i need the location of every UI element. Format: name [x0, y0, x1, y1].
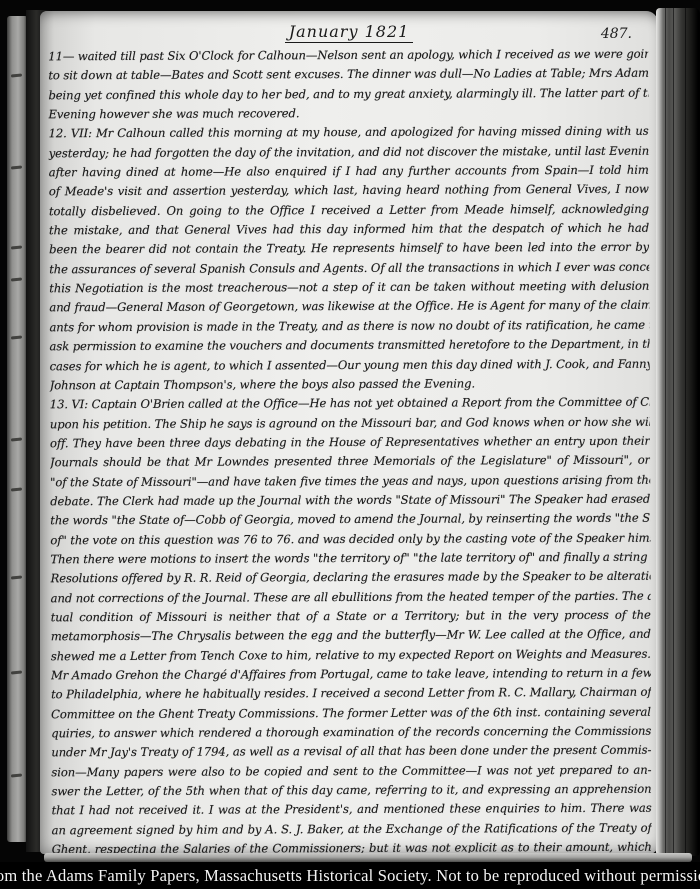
facing-page-text-fragment: [11, 335, 22, 339]
page-edge-line: [673, 8, 674, 856]
manuscript-line: 12. VII: Mr Calhoun called this morning …: [49, 122, 649, 144]
manuscript-line: of Meade's visit and assertion yesterday…: [49, 180, 649, 202]
page-header-date-text: January 1821: [285, 22, 414, 43]
manuscript-line: to Philadelphia, where he habitually res…: [51, 683, 651, 705]
facing-page-text-fragment: [11, 245, 22, 249]
manuscript-line: Journals should be that Mr Lowndes prese…: [50, 451, 650, 473]
manuscript-line: Mr Amado Grehon the Chargé d'Affaires fr…: [51, 664, 651, 686]
manuscript-line: sion—Many papers were also to be copied …: [51, 760, 651, 782]
manuscript-line: Resolutions offered by R. R. Reid of Geo…: [51, 567, 651, 589]
manuscript-line: upon his petition. The Ship he says is a…: [50, 412, 650, 434]
page-edge-line: [665, 8, 666, 856]
manuscript-lines: 11— waited till past Six O'Clock for Cal…: [48, 45, 652, 854]
manuscript-line: ask permission to examine the vouchers a…: [49, 335, 649, 357]
manuscript-line: that I had not received it. I was at the…: [52, 799, 652, 821]
book-page-edge-bottom: [44, 853, 692, 862]
manuscript-line: the words "the State of—Cobb of Georgia,…: [50, 509, 650, 531]
page-edge-line: [685, 8, 686, 856]
manuscript-line: cases for which he is agent, to which I …: [50, 354, 650, 376]
facing-page-text-fragment: [11, 165, 22, 169]
manuscript-line: Johnson at Captain Thompson's, where the…: [50, 374, 650, 396]
manuscript-line: being yet confined this whole day to her…: [48, 83, 648, 105]
page-header-date: January 1821: [40, 22, 658, 41]
manuscript-line: shewed me a Letter from Tench Coxe to hi…: [51, 644, 651, 666]
manuscript-page: January 1821 487. 11— waited till past S…: [40, 11, 658, 854]
manuscript-line: Evening however she was much recovered.: [48, 103, 648, 125]
manuscript-line: this Negotiation is the most treacherous…: [49, 277, 649, 299]
manuscript-line: after having dined at home—He also enqui…: [49, 161, 649, 183]
manuscript-line: Ghent, respecting the Salaries of the Co…: [52, 838, 652, 854]
facing-page-text-fragment: [11, 670, 22, 674]
facing-page-text-fragment: [11, 277, 22, 281]
manuscript-line: the assurances of several Spanish Consul…: [49, 257, 649, 279]
facing-page-text-fragment: [11, 487, 22, 491]
manuscript-line: tual condition of Missouri is neither th…: [51, 606, 651, 628]
manuscript-line: quiries, to answer which rendered a thor…: [51, 722, 651, 744]
book-page-edges-right: [656, 8, 700, 856]
manuscript-line: and not corrections of the Journal. Thes…: [51, 586, 651, 608]
scanned-diary-page-photo: January 1821 487. 11— waited till past S…: [0, 0, 700, 889]
manuscript-line: totally disbelieved. On going to the Off…: [49, 199, 649, 221]
manuscript-line: the mistake, and that General Vives had …: [49, 219, 649, 241]
manuscript-line: yesterday; he had forgotten the day of t…: [49, 141, 649, 163]
manuscript-line: metamorphosis—The Chrysalis between the …: [51, 625, 651, 647]
manuscript-line: swer the Letter, of the 5th when that of…: [51, 780, 651, 802]
manuscript-line: Committee on the Ghent Treaty Commission…: [51, 702, 651, 724]
manuscript-line: and fraud—General Mason of Georgetown, w…: [49, 296, 649, 318]
manuscript-line: Then there were motions to insert the wo…: [50, 548, 650, 570]
manuscript-line: ants for whom provision is made in the T…: [49, 316, 649, 338]
facing-page-text-fragment: [11, 73, 22, 77]
caption-bar: From the Adams Family Papers, Massachuse…: [0, 862, 700, 889]
manuscript-line: 13. VI: Captain O'Brien called at the Of…: [50, 393, 650, 415]
manuscript-line: been the bearer did not contain the Trea…: [49, 238, 649, 260]
manuscript-line: off. They have been three days debating …: [50, 432, 650, 454]
facing-page-text-fragment: [11, 575, 22, 579]
manuscript-line: to sit down at table—Bates and Scott sen…: [48, 64, 648, 86]
page-number: 487.: [601, 26, 632, 42]
caption-text: From the Adams Family Papers, Massachuse…: [0, 866, 700, 886]
facing-page-text-fragment: [11, 437, 22, 441]
facing-page-sliver: [7, 16, 28, 842]
manuscript-line: of" the vote on this question was 76 to …: [50, 528, 650, 550]
manuscript-line: debate. The Clerk had made up the Journa…: [50, 490, 650, 512]
manuscript-line: 11— waited till past Six O'Clock for Cal…: [48, 45, 648, 67]
manuscript-line: "of the State of Missouri"—and have take…: [50, 470, 650, 492]
manuscript-line: under Mr Jay's Treaty of 1794, as well a…: [51, 741, 651, 763]
manuscript-line: an agreement signed by him and by A. S. …: [52, 818, 652, 840]
facing-page-text-fragment: [11, 773, 22, 777]
